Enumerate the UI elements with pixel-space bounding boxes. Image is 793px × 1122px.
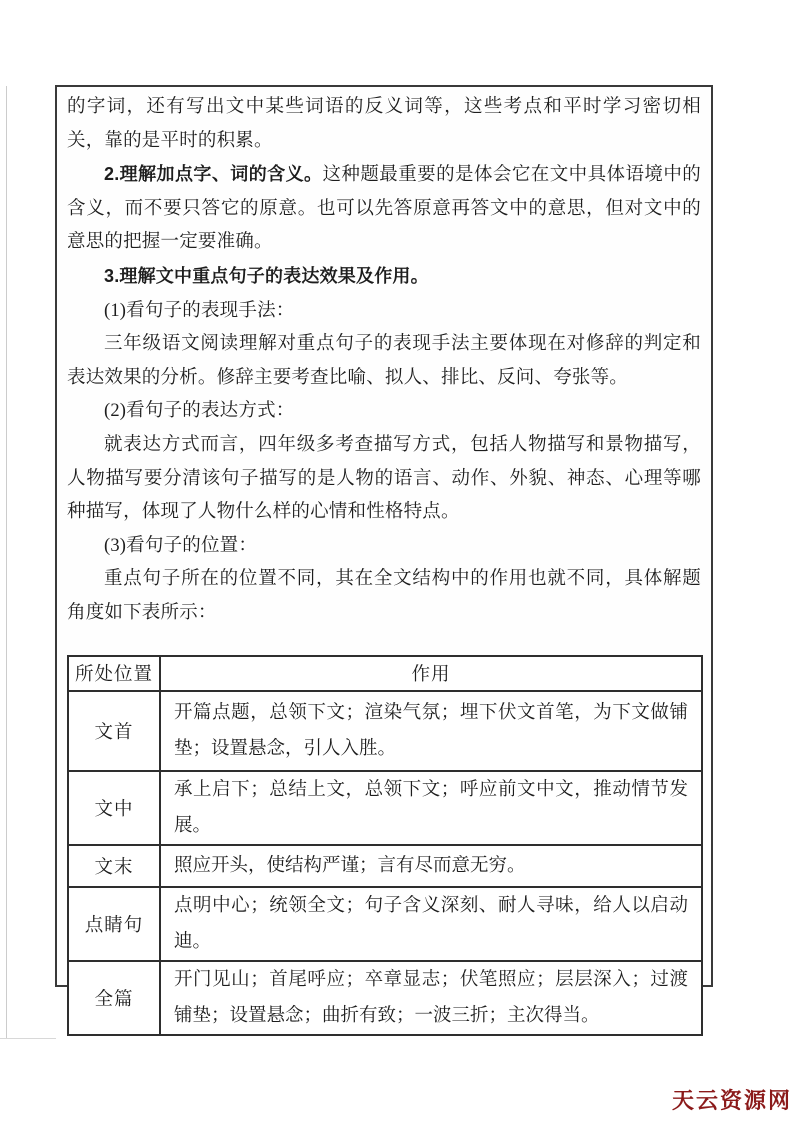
table-row: 文首开篇点题，总领下文；渲染气氛；埋下伏文首笔，为下文做铺垫；设置悬念，引人入胜… (68, 691, 702, 771)
cell-effect: 点明中心；统领全文；句子含义深刻、耐人寻味，给人以启动迪。 (160, 887, 702, 961)
table-row: 点睛句点明中心；统领全文；句子含义深刻、耐人寻味，给人以启动迪。 (68, 887, 702, 961)
page-edge-tick-bottom (0, 1038, 56, 1039)
table-row: 文末照应开头，使结构严谨；言有尽而意无穷。 (68, 845, 702, 887)
scanned-document-page: 的字词，还有写出文中某些词语的反义词等，这些考点和平时学习密切相关，靠的是平时的… (0, 0, 793, 1122)
paragraph-heading: 3.理解文中重点句子的表达效果及作用。 (104, 266, 429, 286)
cell-position: 文中 (68, 771, 160, 845)
body-text: 的字词，还有写出文中某些词语的反义词等，这些考点和平时学习密切相关，靠的是平时的… (67, 91, 701, 631)
page-edge-line-left (6, 86, 7, 1038)
paragraph: 三年级语文阅读理解对重点句子的表现手法主要体现在对修辞的判定和表达效果的分析。修… (67, 328, 701, 395)
paragraph: 就表达方式而言，四年级多考查描写方式，包括人物描写和景物描写，人物描写要分清该句… (67, 429, 701, 530)
content-box: 的字词，还有写出文中某些词语的反义词等，这些考点和平时学习密切相关，靠的是平时的… (55, 85, 713, 987)
cell-effect: 开门见山；首尾呼应；卒章显志；伏笔照应；层层深入；过渡铺垫；设置悬念；曲折有致；… (160, 961, 702, 1035)
paragraph-heading: 2.理解加点字、词的含义。 (104, 164, 322, 184)
cell-position: 全篇 (68, 961, 160, 1035)
paragraph: 3.理解文中重点句子的表达效果及作用。 (67, 260, 701, 295)
cell-position: 点睛句 (68, 887, 160, 961)
cell-position: 文末 (68, 845, 160, 887)
cell-effect: 承上启下；总结上文，总领下文；呼应前文中文，推动情节发展。 (160, 771, 702, 845)
paragraph: (3)看句子的位置： (67, 530, 701, 564)
paragraph: (1)看句子的表现手法： (67, 295, 701, 329)
table-header-effect: 作用 (160, 656, 702, 691)
table-header-position: 所处位置 (68, 656, 160, 691)
sentence-position-table: 所处位置作用 文首开篇点题，总领下文；渲染气氛；埋下伏文首笔，为下文做铺垫；设置… (67, 655, 703, 1036)
watermark-text: 天云资源网 (672, 1084, 792, 1115)
paragraph: 重点句子所在的位置不同，其在全文结构中的作用也就不同，具体解题角度如下表所示： (67, 563, 701, 630)
table-head: 所处位置作用 (68, 656, 702, 691)
table-row: 文中承上启下；总结上文，总领下文；呼应前文中文，推动情节发展。 (68, 771, 702, 845)
table-header-row: 所处位置作用 (68, 656, 702, 691)
paragraph: 2.理解加点字、词的含义。这种题最重要的是体会它在文中具体语境中的含义，而不要只… (67, 158, 701, 260)
paragraph: 的字词，还有写出文中某些词语的反义词等，这些考点和平时学习密切相关，靠的是平时的… (67, 91, 701, 158)
table-body: 文首开篇点题，总领下文；渲染气氛；埋下伏文首笔，为下文做铺垫；设置悬念，引人入胜… (68, 691, 702, 1035)
paragraph: (2)看句子的表达方式： (67, 395, 701, 429)
cell-effect: 照应开头，使结构严谨；言有尽而意无穷。 (160, 845, 702, 887)
cell-effect: 开篇点题，总领下文；渲染气氛；埋下伏文首笔，为下文做铺垫；设置悬念，引人入胜。 (160, 691, 702, 771)
table-row: 全篇开门见山；首尾呼应；卒章显志；伏笔照应；层层深入；过渡铺垫；设置悬念；曲折有… (68, 961, 702, 1035)
cell-position: 文首 (68, 691, 160, 771)
